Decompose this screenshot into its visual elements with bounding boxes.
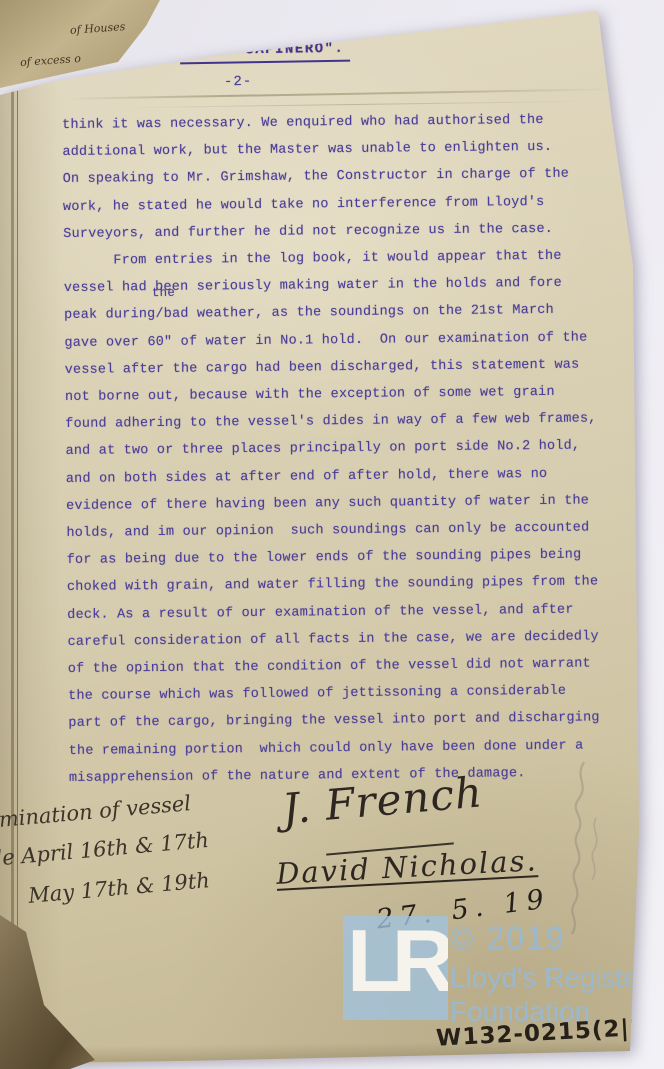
scanned-document: S.S. "SAPINERO". -2- think it was necess… bbox=[0, 0, 664, 1069]
vertical-crease bbox=[11, 72, 14, 1069]
page-sheet-wrap: S.S. "SAPINERO". -2- think it was necess… bbox=[0, 0, 664, 1069]
pencil-scribble-marks bbox=[556, 758, 646, 938]
page-number: -2- bbox=[224, 74, 252, 90]
watermark-copyright: © 2019 bbox=[450, 920, 566, 957]
lr-logo-letters: LR bbox=[347, 916, 448, 1013]
watermark-org-name-line1: Lloyd's Register bbox=[450, 962, 648, 994]
horizontal-crease bbox=[66, 88, 614, 100]
inserted-correction-word: the bbox=[152, 287, 175, 299]
scrap-printed-fragment: of excess o bbox=[20, 52, 82, 69]
typed-body-text: think it was necessary. We enquired who … bbox=[62, 106, 629, 792]
lr-logo: LR bbox=[343, 916, 448, 1020]
page-sheet: S.S. "SAPINERO". -2- think it was necess… bbox=[0, 0, 664, 1069]
document-title: S.S. "SAPINERO". bbox=[180, 41, 351, 65]
signature-nicholas: David Nicholas. bbox=[275, 843, 538, 891]
vertical-crease bbox=[17, 76, 18, 1069]
scrap-printed-fragment: of Houses bbox=[70, 20, 126, 37]
